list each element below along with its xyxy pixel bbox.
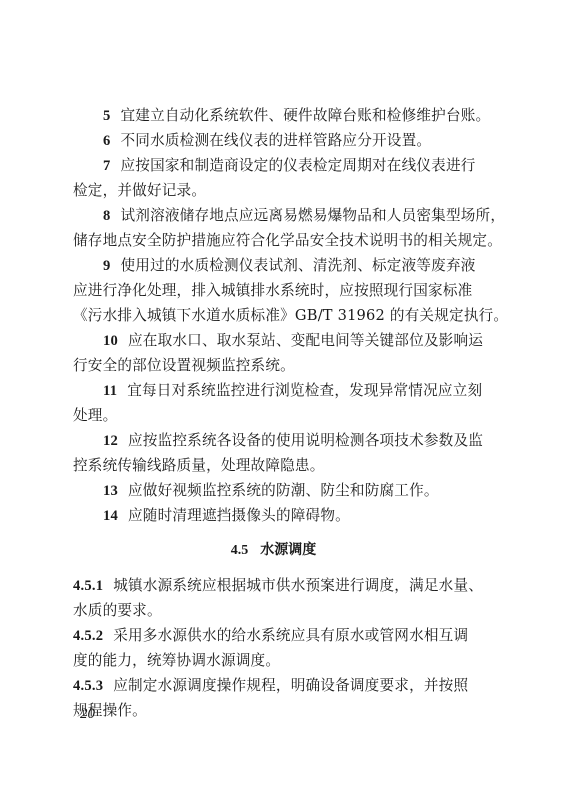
clause-4-5-2-cont: 度的能力，统筹协调水源调度。	[73, 648, 474, 673]
clause-number: 4.5.3	[73, 678, 103, 694]
clause-4-5-1-cont: 水质的要求。	[73, 598, 474, 623]
item-number: 6	[103, 133, 111, 149]
item-9: 9使用过的水质检测仪表试剂、清洗剂、标定液等废弃液	[73, 253, 474, 278]
section-heading: 4.5水源调度	[73, 538, 474, 563]
item-number: 8	[103, 208, 111, 224]
item-number: 11	[103, 383, 117, 399]
page-number: 20	[80, 706, 95, 723]
item-10: 10应在取水口、取水泵站、变配电间等关键部位及影响运	[73, 328, 474, 353]
item-13: 13应做好视频监控系统的防潮、防尘和防腐工作。	[73, 478, 474, 503]
item-11: 11宜每日对系统监控进行浏览检查，发现异常情况应立刻	[73, 378, 474, 403]
item-8: 8试剂溶液储存地点应远离易燃易爆物品和人员密集型场所，	[73, 203, 474, 228]
clause-4-5-2: 4.5.2采用多水源供水的给水系统应具有原水或管网水相互调	[73, 623, 474, 648]
item-text: 应按监控系统各设备的使用说明检测各项技术参数及监	[128, 432, 483, 449]
item-14: 14应随时清理遮挡摄像头的障碍物。	[73, 503, 474, 528]
clause-4-5-1: 4.5.1城镇水源系统应根据城市供水预案进行调度，满足水量、	[73, 573, 474, 598]
item-text: 应在取水口、取水泵站、变配电间等关键部位及影响运	[128, 332, 483, 349]
clause-number: 4.5.1	[73, 578, 103, 594]
clause-text: 采用多水源供水的给水系统应具有原水或管网水相互调	[113, 627, 468, 644]
item-8-cont: 储存地点安全防护措施应符合化学品安全技术说明书的相关规定。	[73, 228, 474, 253]
section-title: 水源调度	[260, 542, 316, 558]
item-number: 5	[103, 108, 111, 124]
clause-number: 4.5.2	[73, 628, 103, 644]
item-7: 7应按国家和制造商设定的仪表检定周期对在线仪表进行	[73, 153, 474, 178]
item-9-cont: 应进行净化处理，排入城镇排水系统时，应按照现行国家标准	[73, 278, 474, 303]
item-text: 应随时清理遮挡摄像头的障碍物。	[128, 507, 350, 524]
clause-text: 城镇水源系统应根据城市供水预案进行调度，满足水量、	[113, 577, 483, 594]
item-text: 试剂溶液储存地点应远离易燃易爆物品和人员密集型场所，	[121, 207, 506, 224]
item-number: 13	[103, 483, 118, 499]
clause-4-5-3-cont: 规程操作。	[73, 698, 474, 723]
item-6: 6不同水质检测在线仪表的进样管路应分开设置。	[73, 128, 474, 153]
item-5: 5宜建立自动化系统软件、硬件故障台账和检修维护台账。	[73, 103, 474, 128]
item-9-cont: 《污水排入城镇下水道水质标准》GB/T 31962 的有关规定执行。	[73, 303, 474, 328]
item-text: 宜每日对系统监控进行浏览检查，发现异常情况应立刻	[127, 382, 482, 399]
item-text: 应做好视频监控系统的防潮、防尘和防腐工作。	[128, 482, 439, 499]
item-text: 使用过的水质检测仪表试剂、清洗剂、标定液等废弃液	[121, 257, 476, 274]
item-text: 应按国家和制造商设定的仪表检定周期对在线仪表进行	[121, 157, 476, 174]
item-text: 宜建立自动化系统软件、硬件故障台账和检修维护台账。	[121, 107, 491, 124]
item-11-cont: 处理。	[73, 403, 474, 428]
item-number: 12	[103, 433, 118, 449]
item-number: 9	[103, 258, 111, 274]
item-10-cont: 行安全的部位设置视频监控系统。	[73, 353, 474, 378]
item-number: 7	[103, 158, 111, 174]
item-number: 10	[103, 333, 118, 349]
item-number: 14	[103, 508, 118, 524]
document-page: 5宜建立自动化系统软件、硬件故障台账和检修维护台账。 6不同水质检测在线仪表的进…	[73, 103, 474, 723]
item-12: 12应按监控系统各设备的使用说明检测各项技术参数及监	[73, 428, 474, 453]
section-number: 4.5	[231, 543, 249, 558]
item-text: 不同水质检测在线仪表的进样管路应分开设置。	[121, 132, 432, 149]
item-7-cont: 检定，并做好记录。	[73, 178, 474, 203]
clause-4-5-3: 4.5.3应制定水源调度操作规程，明确设备调度要求，并按照	[73, 673, 474, 698]
item-12-cont: 控系统传输线路质量，处理故障隐患。	[73, 453, 474, 478]
clause-text: 应制定水源调度操作规程，明确设备调度要求，并按照	[113, 677, 468, 694]
